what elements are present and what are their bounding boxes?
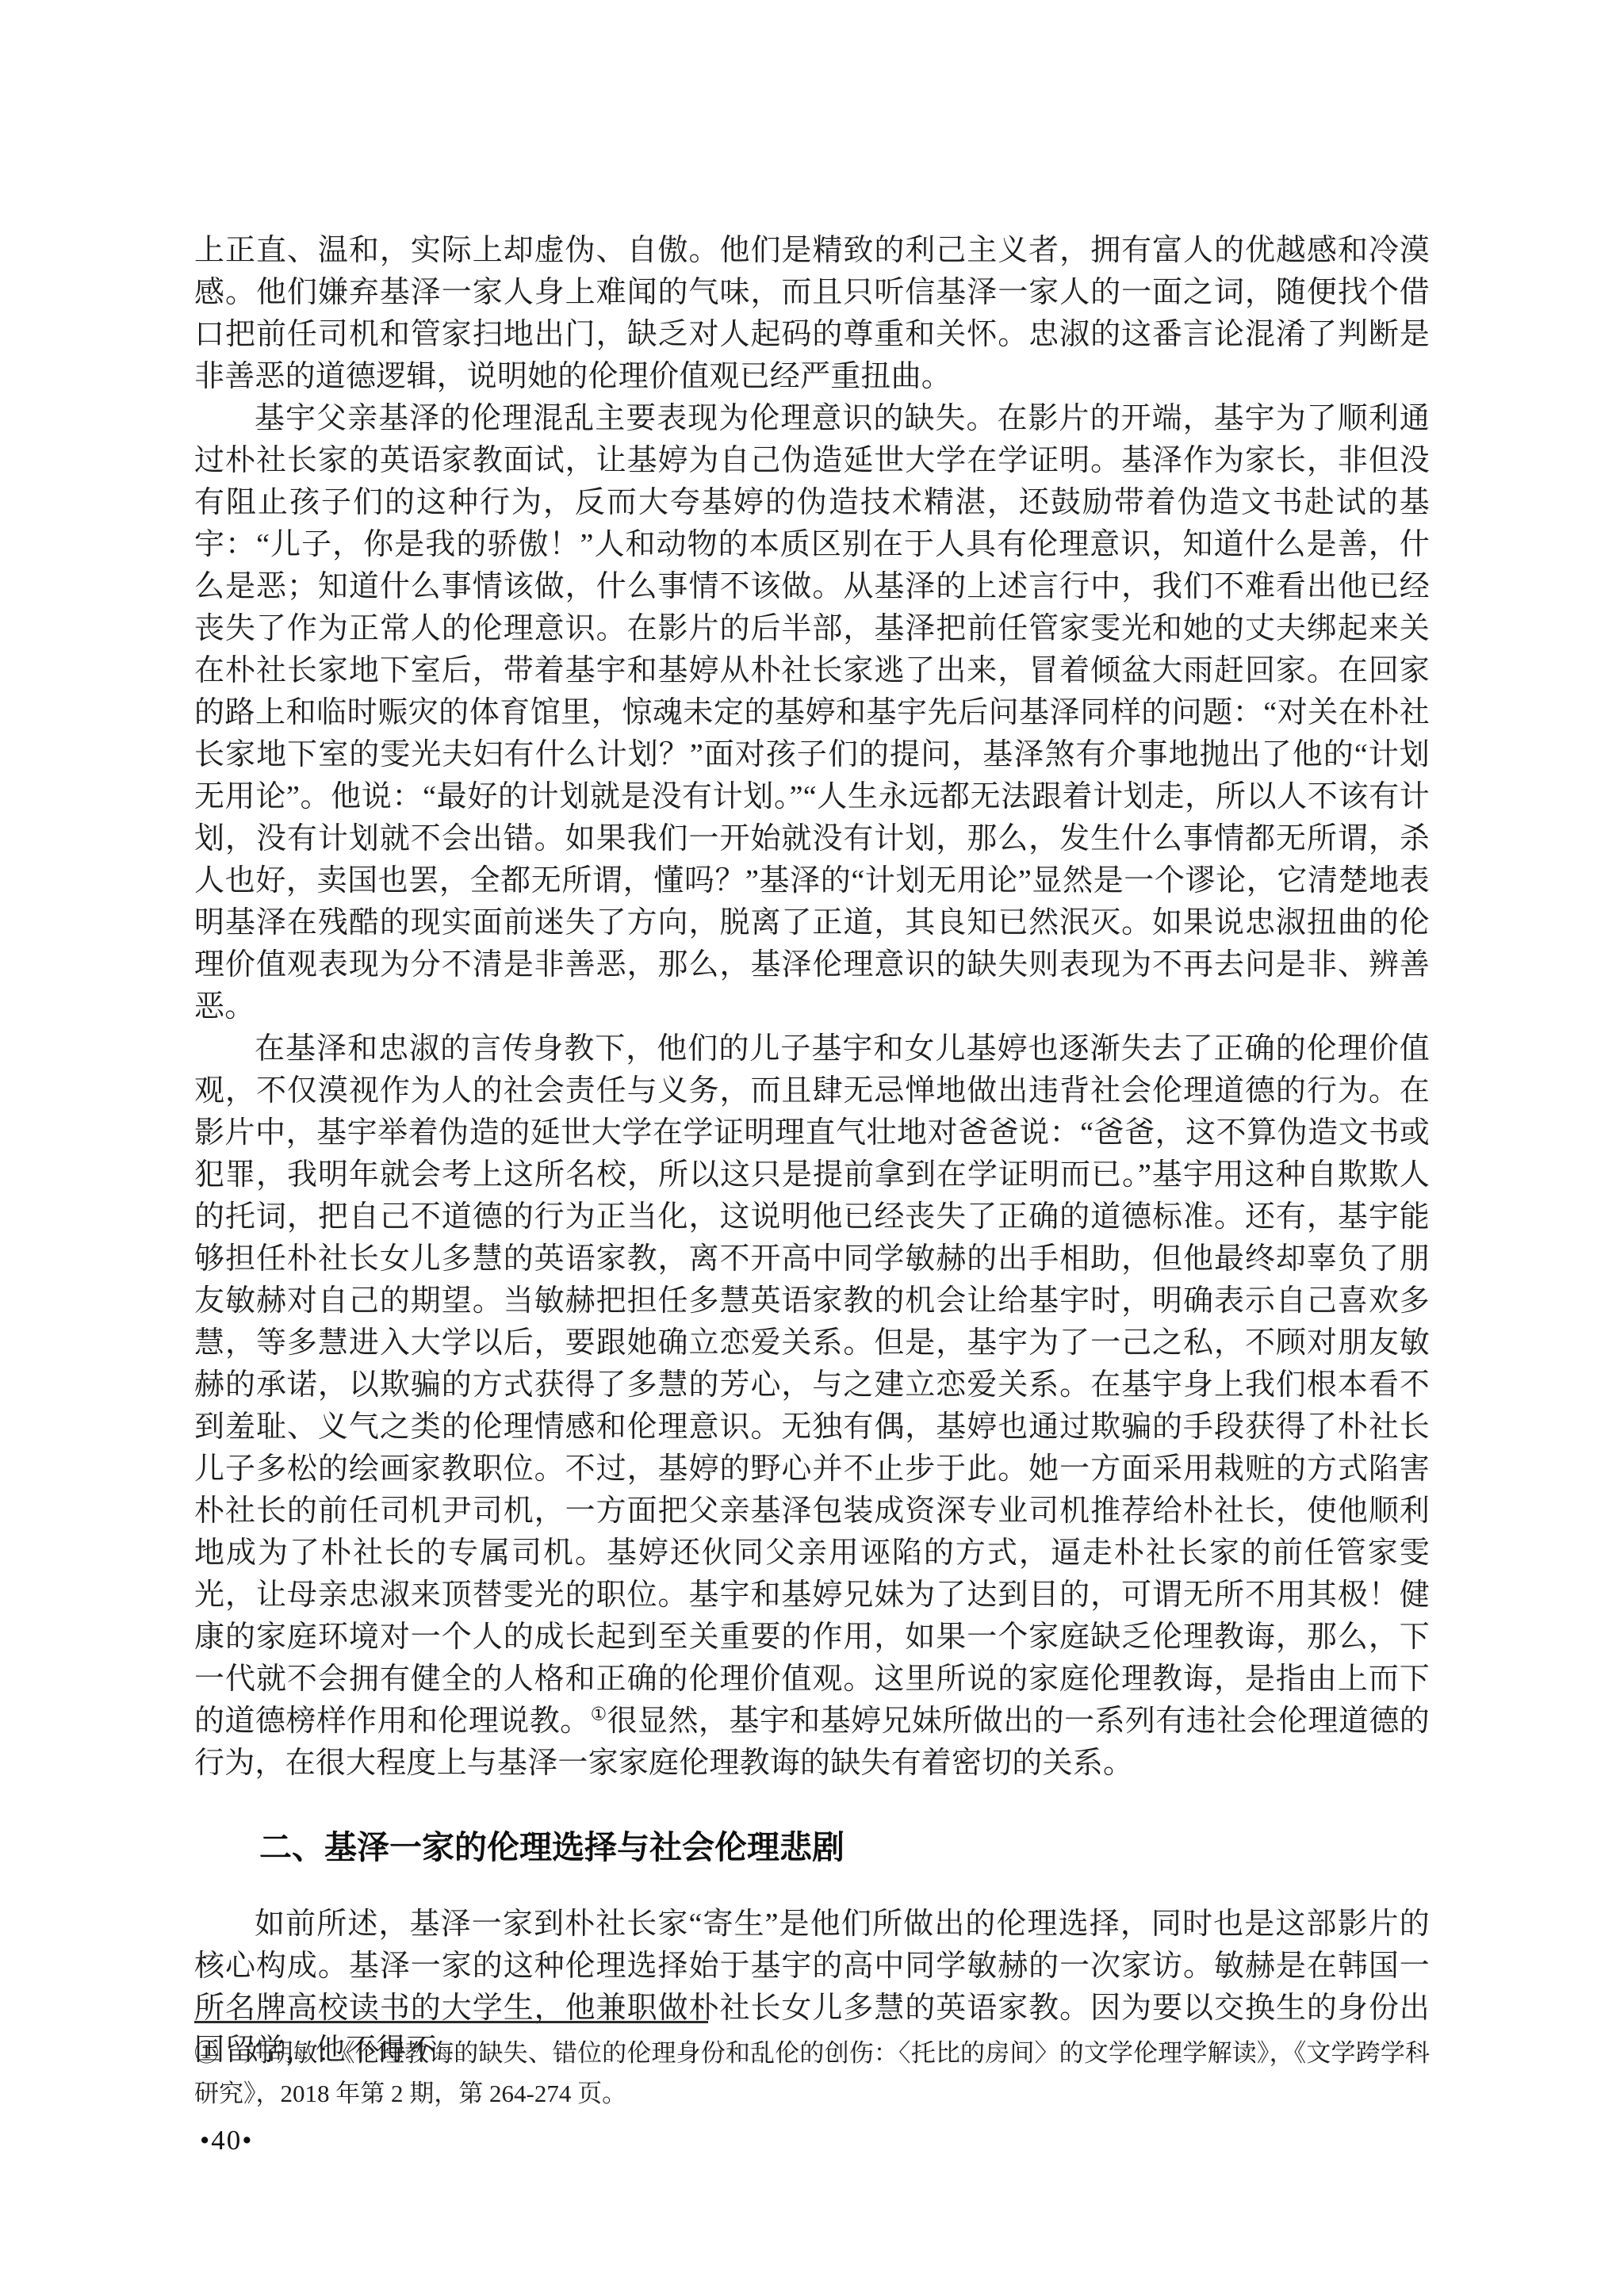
paragraph-text-before-note: 在基泽和忠淑的言传身教下，他们的儿子基宇和女儿基婷也逐渐失去了正确的伦理价值观，… [194,1032,1430,1738]
paragraph-continuation: 上正直、温和，实际上却虚伪、自傲。他们是精致的利己主义者，拥有富人的优越感和冷漠… [194,230,1430,398]
paragraph-children-ethics: 在基泽和忠淑的言传身教下，他们的儿子基宇和女儿基婷也逐渐失去了正确的伦理价值观，… [194,1028,1430,1785]
paragraph-kitaek-ethics: 基宇父亲基泽的伦理混乱主要表现为伦理意识的缺失。在影片的开端，基宇为了顺利通过朴… [194,398,1430,1028]
footnote-area: ① 刘胡敏：《伦理教诲的缺失、错位的伦理身份和乱伦的创伤：〈托比的房间〉的文学伦… [194,2021,1430,2114]
section-heading: 二、基泽一家的伦理选择与社会伦理悲剧 [194,1827,1430,1867]
footnote: ① 刘胡敏：《伦理教诲的缺失、错位的伦理身份和乱伦的创伤：〈托比的房间〉的文学伦… [194,2033,1430,2114]
journal-page: 上正直、温和，实际上却虚伪、自傲。他们是精致的利己主义者，拥有富人的优越感和冷漠… [0,0,1624,2296]
footnote-separator-rule [194,2021,708,2023]
footnote-citation-text: 刘胡敏：《伦理教诲的缺失、错位的伦理身份和乱伦的创伤：〈托比的房间〉的文学伦理学… [194,2039,1430,2107]
article-body: 上正直、温和，实际上却虚伪、自傲。他们是精致的利己主义者，拥有富人的优越感和冷漠… [194,230,1430,2072]
page-number: •40• [200,2125,254,2156]
footnote-marker: ① [194,2039,219,2067]
footnote-reference-mark: ① [591,1704,607,1724]
